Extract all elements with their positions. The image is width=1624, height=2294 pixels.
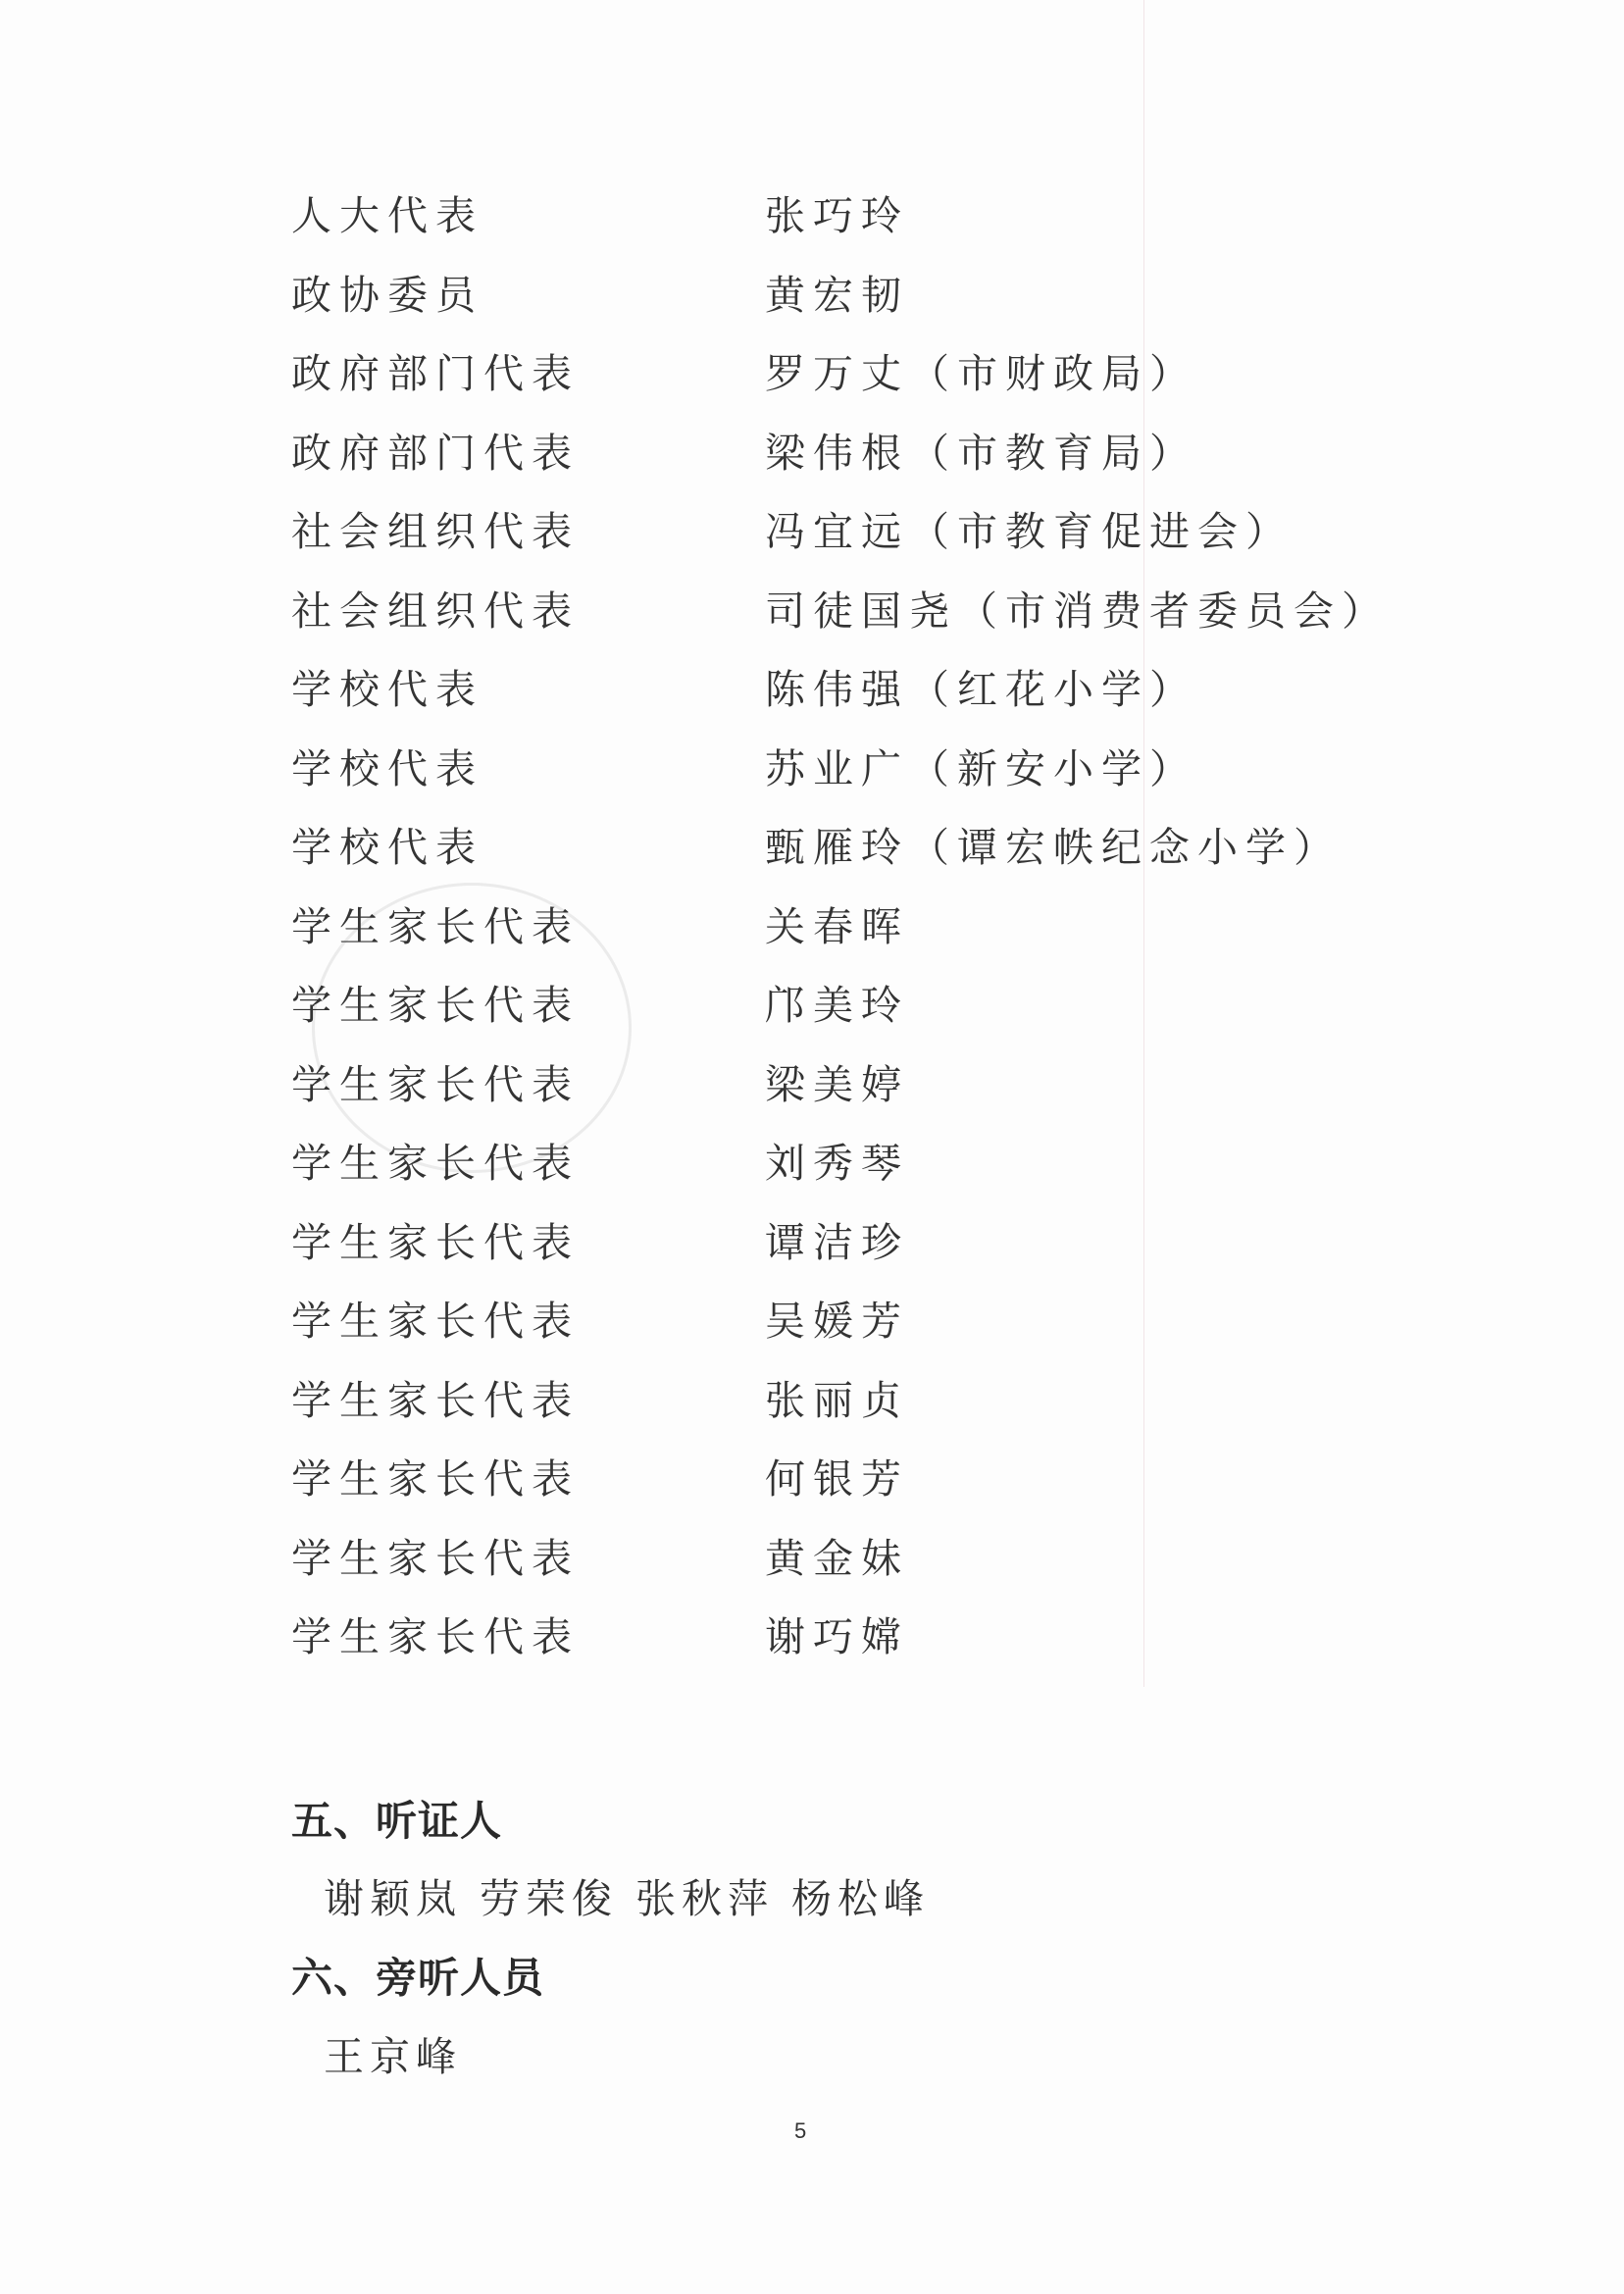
role-label: 学生家长代表 — [291, 1535, 580, 1582]
roster-row: 人大代表张巧玲 — [291, 192, 1370, 272]
role-label: 社会组织代表 — [291, 587, 580, 635]
person-name: 黄宏韧 — [765, 272, 909, 319]
roster-row: 学生家长代表张丽贞 — [291, 1377, 1370, 1456]
role-label: 学生家长代表 — [291, 1061, 580, 1108]
person-name: 何银芳 — [765, 1455, 909, 1503]
roster-row: 政协委员黄宏韧 — [291, 272, 1370, 351]
role-label: 学生家长代表 — [291, 982, 580, 1029]
page-number: 5 — [794, 2118, 806, 2144]
person-name: 罗万丈（市财政局） — [765, 350, 1197, 397]
roster-row: 学生家长代表黄金妹 — [291, 1535, 1370, 1614]
person-name: 陈伟强（红花小学） — [765, 666, 1197, 713]
role-label: 学生家长代表 — [291, 1140, 580, 1187]
roster-row: 学生家长代表何银芳 — [291, 1455, 1370, 1535]
person-name: 关春晖 — [765, 903, 909, 950]
roster-row: 学生家长代表刘秀琴 — [291, 1140, 1370, 1219]
person-name: 苏业广（新安小学） — [765, 745, 1197, 792]
roster-row: 学生家长代表吴媛芳 — [291, 1298, 1370, 1377]
role-label: 学生家长代表 — [291, 903, 580, 950]
person-name: 吴媛芳 — [765, 1298, 909, 1345]
roster-row: 学校代表苏业广（新安小学） — [291, 745, 1370, 825]
roster-row: 政府部门代表罗万丈（市财政局） — [291, 350, 1370, 430]
hearing-officers-list: 谢颖岚劳荣俊张秋萍杨松峰 — [324, 1875, 947, 1922]
hearing-officer-name: 谢颖岚 — [324, 1875, 462, 1922]
roster-row: 学生家长代表谭洁珍 — [291, 1219, 1370, 1299]
person-name: 邝美玲 — [765, 982, 909, 1029]
roster-row: 学生家长代表关春晖 — [291, 903, 1370, 983]
person-name: 张丽贞 — [765, 1377, 909, 1424]
role-label: 学生家长代表 — [291, 1613, 580, 1660]
participant-roster: 人大代表张巧玲 政协委员黄宏韧 政府部门代表罗万丈（市财政局） 政府部门代表梁伟… — [291, 192, 1370, 1693]
hearing-officer-name: 张秋萍 — [635, 1875, 774, 1922]
roster-row: 社会组织代表冯宜远（市教育促进会） — [291, 508, 1370, 587]
role-label: 学生家长代表 — [291, 1219, 580, 1266]
role-label: 政府部门代表 — [291, 430, 580, 477]
role-label: 学校代表 — [291, 745, 483, 792]
roster-row: 学生家长代表邝美玲 — [291, 982, 1370, 1061]
roster-row: 学生家长代表梁美婷 — [291, 1061, 1370, 1141]
person-name: 梁伟根（市教育局） — [765, 430, 1197, 477]
role-label: 学生家长代表 — [291, 1455, 580, 1503]
person-name: 梁美婷 — [765, 1061, 909, 1108]
person-name: 甄雁玲（谭宏帙纪念小学） — [765, 824, 1342, 871]
observer-name: 王京峰 — [324, 2033, 462, 2080]
person-name: 张巧玲 — [765, 192, 909, 239]
section-heading-hearing-officers: 五、听证人 — [291, 1797, 502, 1846]
document-page: 人大代表张巧玲 政协委员黄宏韧 政府部门代表罗万丈（市财政局） 政府部门代表梁伟… — [0, 0, 1624, 2294]
hearing-officer-name: 劳荣俊 — [480, 1875, 618, 1922]
roster-row: 学生家长代表谢巧嫦 — [291, 1613, 1370, 1693]
role-label: 人大代表 — [291, 192, 483, 239]
roster-row: 学校代表陈伟强（红花小学） — [291, 666, 1370, 745]
roster-row: 社会组织代表司徒国尧（市消费者委员会） — [291, 587, 1370, 667]
section-heading-observers: 六、旁听人员 — [291, 1954, 544, 2003]
hearing-officer-name: 杨松峰 — [791, 1875, 930, 1922]
roster-row: 政府部门代表梁伟根（市教育局） — [291, 430, 1370, 509]
role-label: 政府部门代表 — [291, 350, 580, 397]
person-name: 黄金妹 — [765, 1535, 909, 1582]
roster-row: 学校代表甄雁玲（谭宏帙纪念小学） — [291, 824, 1370, 903]
role-label: 学生家长代表 — [291, 1298, 580, 1345]
role-label: 学校代表 — [291, 824, 483, 871]
person-name: 谭洁珍 — [765, 1219, 909, 1266]
observers-list: 王京峰 — [324, 2033, 480, 2080]
person-name: 谢巧嫦 — [765, 1613, 909, 1660]
person-name: 司徒国尧（市消费者委员会） — [765, 587, 1390, 635]
role-label: 学生家长代表 — [291, 1377, 580, 1424]
person-name: 冯宜远（市教育促进会） — [765, 508, 1294, 555]
role-label: 学校代表 — [291, 666, 483, 713]
role-label: 政协委员 — [291, 272, 483, 319]
person-name: 刘秀琴 — [765, 1140, 909, 1187]
role-label: 社会组织代表 — [291, 508, 580, 555]
